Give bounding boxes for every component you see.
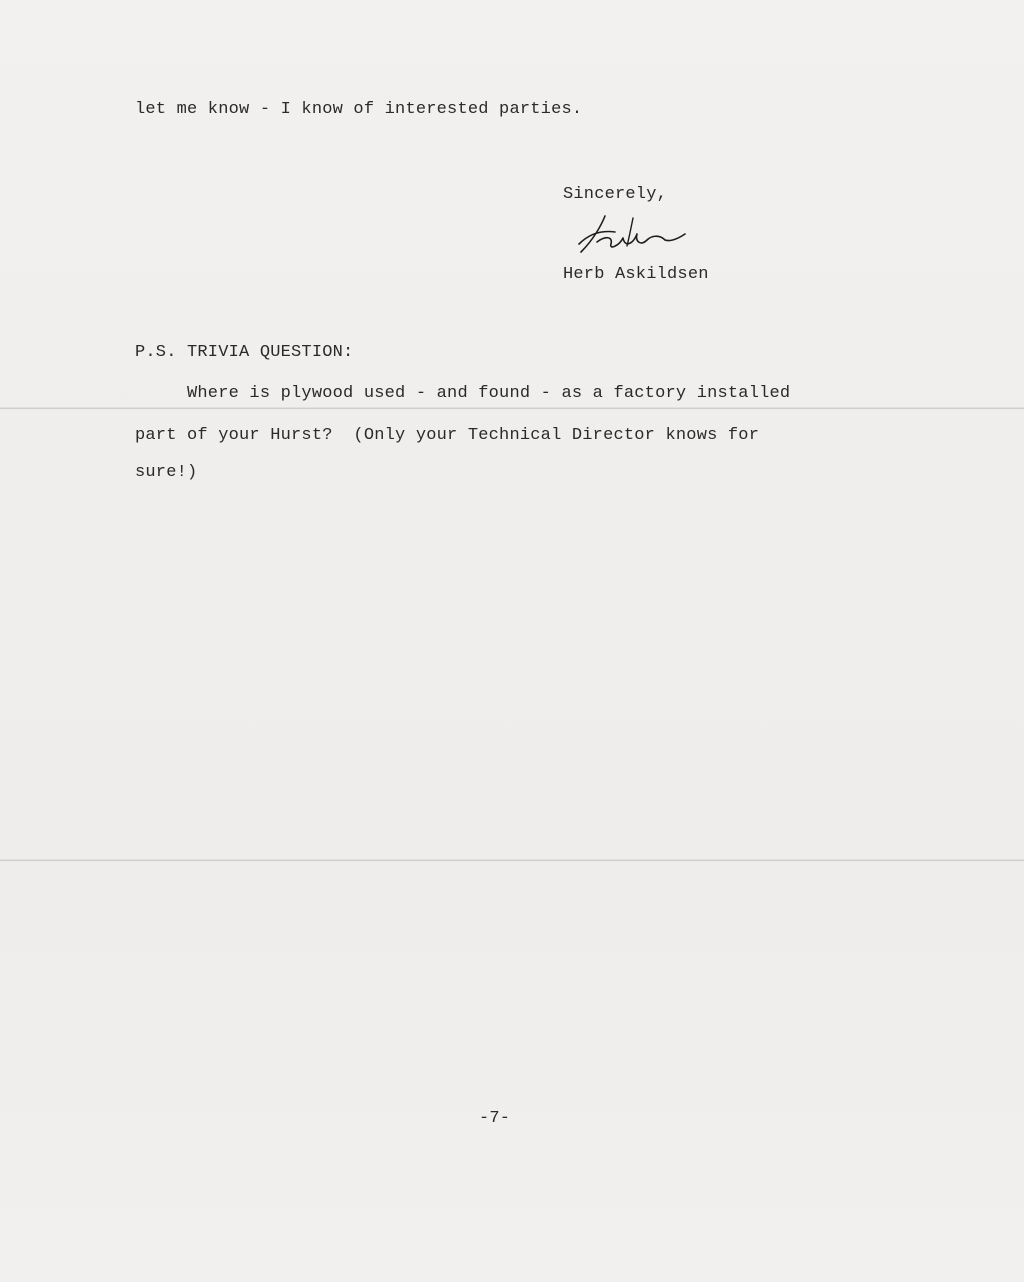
ps-heading: P.S. TRIVIA QUESTION: (135, 343, 353, 362)
page-number: -7- (479, 1109, 510, 1128)
letter-page: let me know - I know of interested parti… (0, 0, 1024, 1282)
ps-text-line: Where is plywood used - and found - as a… (135, 384, 790, 403)
paper-fold-line (0, 407, 1024, 410)
signer-name: Herb Askildsen (563, 265, 709, 284)
handwritten-signature (575, 212, 695, 257)
ps-text-line: sure!) (135, 463, 197, 482)
ps-text-line: part of your Hurst? (Only your Technical… (135, 426, 759, 445)
paper-fold-line (0, 859, 1024, 862)
valediction: Sincerely, (563, 185, 667, 204)
closing-line: let me know - I know of interested parti… (135, 100, 582, 119)
